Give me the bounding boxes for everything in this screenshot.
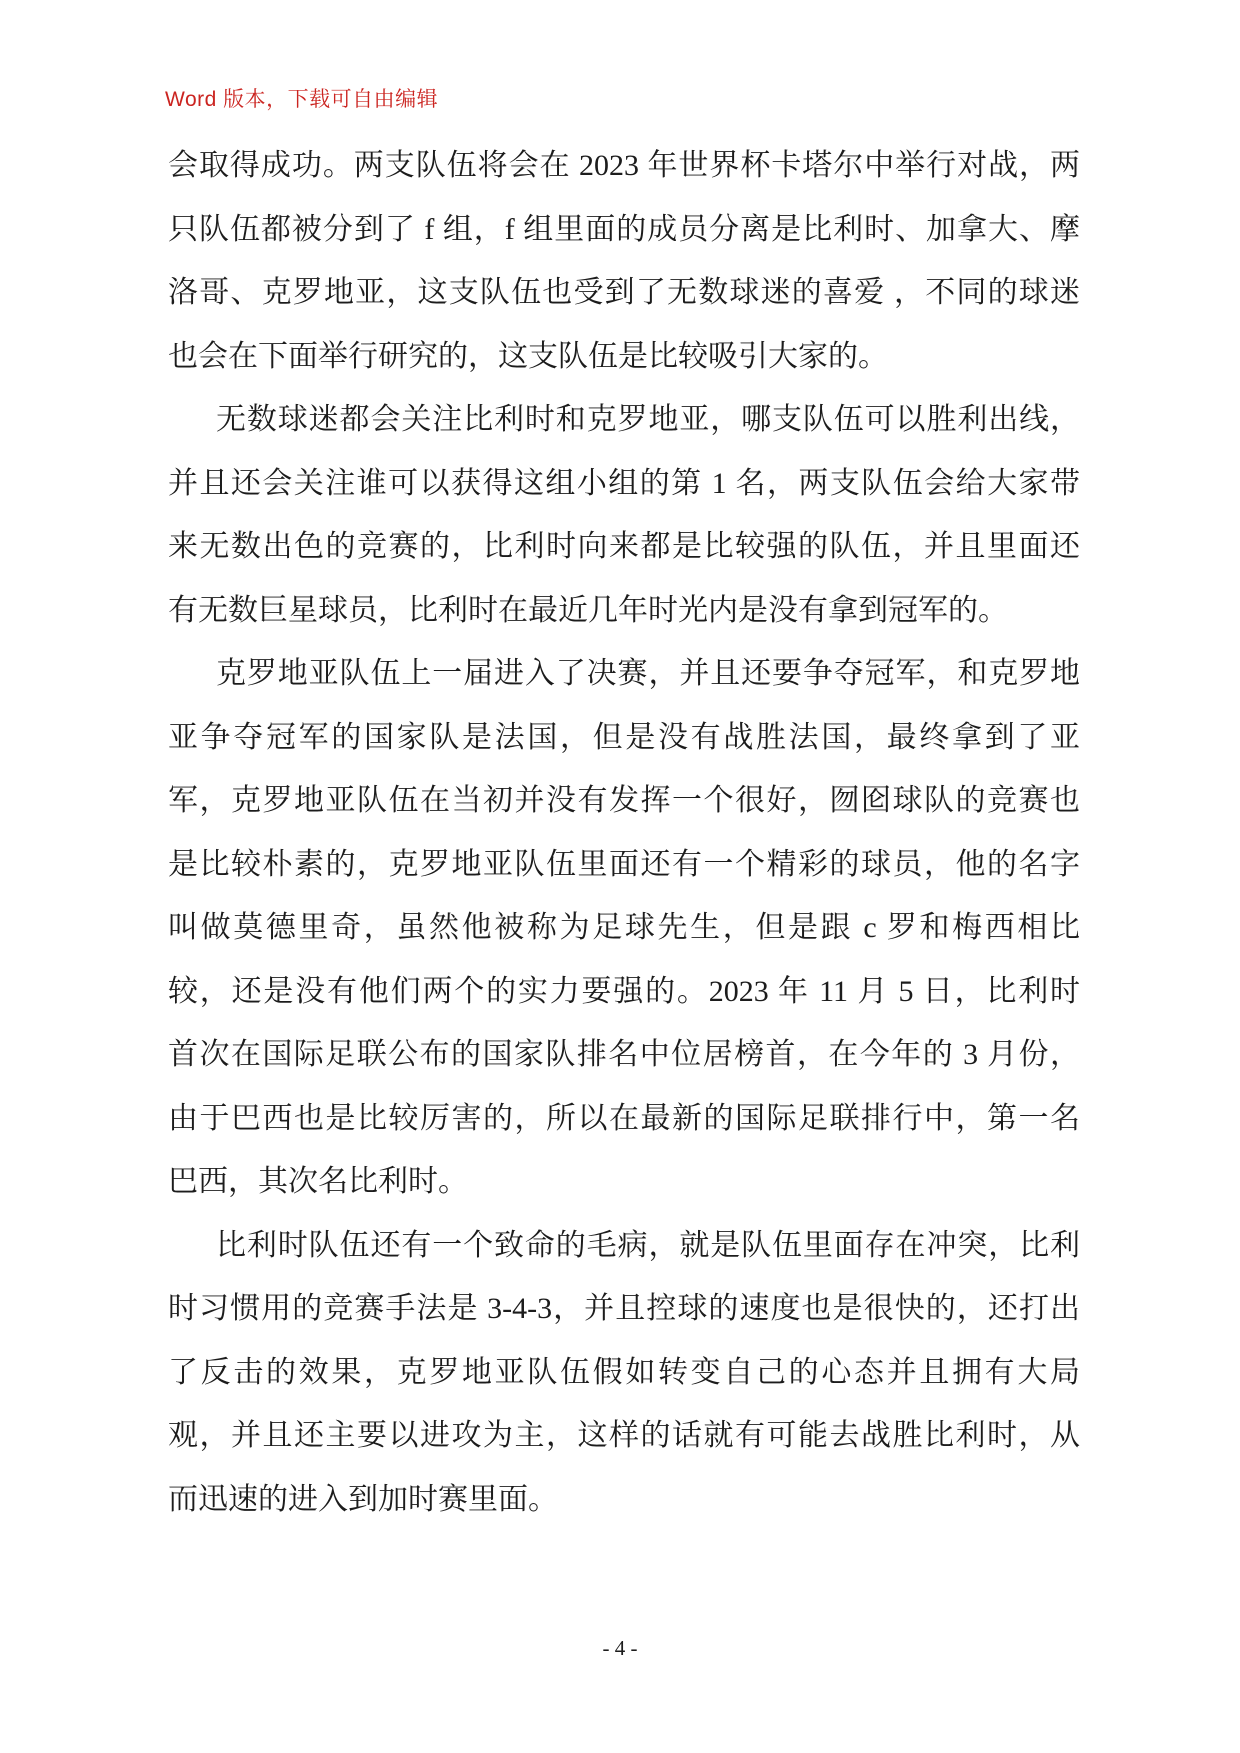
text-line: 无数球迷都会关注比利时和克罗地亚，哪支队伍可以胜利出线， (168, 388, 1080, 452)
text-line: 首次在国际足联公布的国家队排名中位居榜首，在今年的 3 月份， (168, 1023, 1080, 1087)
text-line: 叫做莫德里奇，虽然他被称为足球先生，但是跟 c 罗和梅西相比 (168, 896, 1080, 960)
text-line: 较，还是没有他们两个的实力要强的。2023 年 11 月 5 日，比利时 (168, 960, 1080, 1024)
header-note: Word 版本，下载可自由编辑 (165, 88, 438, 112)
paragraph: 会取得成功。两支队伍将会在 2023 年世界杯卡塔尔中举行对战，两只队伍都被分到… (168, 134, 1080, 388)
document-body: 会取得成功。两支队伍将会在 2023 年世界杯卡塔尔中举行对战，两只队伍都被分到… (168, 134, 1080, 1531)
text-line: 巴西，其次名比利时。 (168, 1150, 1080, 1214)
text-line: 由于巴西也是比较厉害的，所以在最新的国际足联排行中，第一名 (168, 1087, 1080, 1151)
text-line: 亚争夺冠军的国家队是法国，但是没有战胜法国，最终拿到了亚 (168, 706, 1080, 770)
text-line: 有无数巨星球员，比利时在最近几年时光内是没有拿到冠军的。 (168, 579, 1080, 643)
text-line: 观，并且还主要以进攻为主，这样的话就有可能去战胜比利时，从 (168, 1404, 1080, 1468)
text-line: 并且还会关注谁可以获得这组小组的第 1 名，两支队伍会给大家带 (168, 452, 1080, 516)
text-line: 只队伍都被分到了 f 组，f 组里面的成员分离是比利时、加拿大、摩 (168, 198, 1080, 262)
text-line: 来无数出色的竞赛的，比利时向来都是比较强的队伍，并且里面还 (168, 515, 1080, 579)
text-line: 了反击的效果，克罗地亚队伍假如转变自己的心态并且拥有大局 (168, 1341, 1080, 1405)
paragraph: 无数球迷都会关注比利时和克罗地亚，哪支队伍可以胜利出线，并且还会关注谁可以获得这… (168, 388, 1080, 642)
paragraph: 克罗地亚队伍上一届进入了决赛，并且还要争夺冠军，和克罗地亚争夺冠军的国家队是法国… (168, 642, 1080, 1214)
text-line: 比利时队伍还有一个致命的毛病，就是队伍里面存在冲突，比利 (168, 1214, 1080, 1278)
text-line: 会取得成功。两支队伍将会在 2023 年世界杯卡塔尔中举行对战，两 (168, 134, 1080, 198)
text-line: 洛哥、克罗地亚，这支队伍也受到了无数球迷的喜爱 ，不同的球迷 (168, 261, 1080, 325)
document-page: Word 版本，下载可自由编辑 会取得成功。两支队伍将会在 2023 年世界杯卡… (0, 0, 1240, 1753)
text-line: 时习惯用的竞赛手法是 3-4-3，并且控球的速度也是很快的，还打出 (168, 1277, 1080, 1341)
text-line: 军，克罗地亚队伍在当初并没有发挥一个很好，囫囵球队的竞赛也 (168, 769, 1080, 833)
text-line: 也会在下面举行研究的，这支队伍是比较吸引大家的。 (168, 325, 1080, 389)
text-line: 而迅速的进入到加时赛里面。 (168, 1468, 1080, 1532)
paragraph: 比利时队伍还有一个致命的毛病，就是队伍里面存在冲突，比利时习惯用的竞赛手法是 3… (168, 1214, 1080, 1532)
text-line: 克罗地亚队伍上一届进入了决赛，并且还要争夺冠军，和克罗地 (168, 642, 1080, 706)
text-line: 是比较朴素的，克罗地亚队伍里面还有一个精彩的球员，他的名字 (168, 833, 1080, 897)
footer-page-number: - 4 - (0, 1636, 1240, 1661)
